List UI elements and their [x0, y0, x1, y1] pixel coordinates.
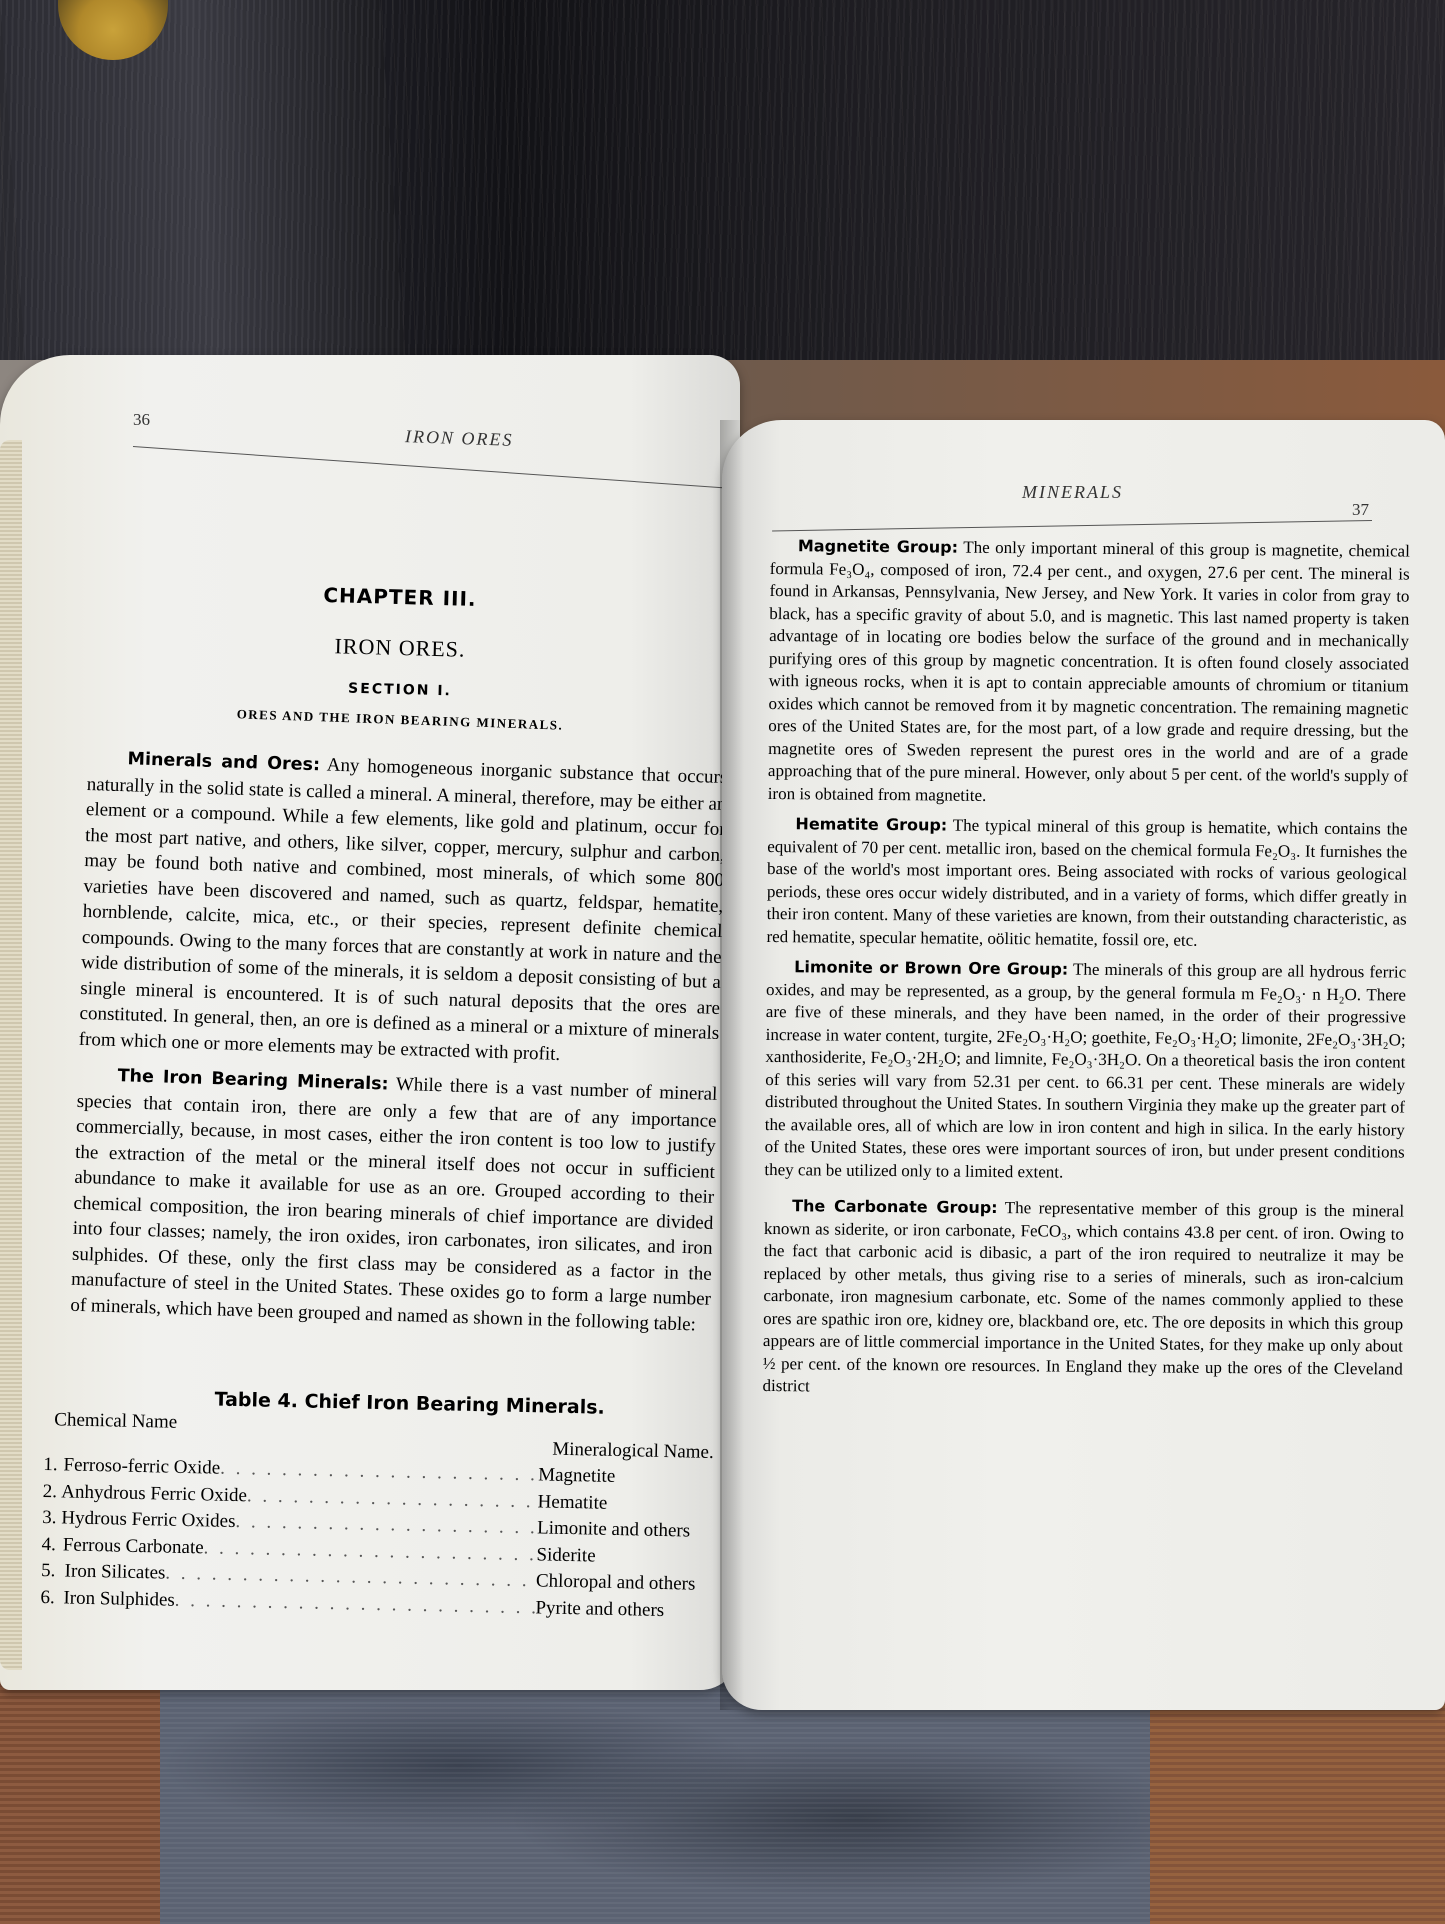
right-running-head: MINERALS — [1022, 482, 1123, 503]
chemical-name: Ferroso-ferric Oxide — [63, 1452, 220, 1482]
mineral-name: Chloropal and others — [536, 1568, 712, 1598]
table-body: 1. Ferroso-ferric Oxide . . . . . . . . … — [40, 1452, 713, 1625]
chemical-name: Ferrous Carbonate — [63, 1532, 204, 1561]
paragraph-minerals-and-ores: Minerals and Ores: Any homogeneous inorg… — [78, 745, 727, 1072]
mineral-name: Pyrite and others — [535, 1595, 711, 1625]
right-page-number: 37 — [1352, 500, 1369, 520]
chemical-name: Iron Silicates — [64, 1558, 165, 1587]
mineral-name: Magnetite — [538, 1462, 714, 1492]
chemical-name: Anhydrous Ferric Oxide — [61, 1479, 247, 1509]
paragraph-carbonate-group: The Carbonate Group: The representative … — [762, 1195, 1404, 1403]
paragraph-hematite-group: Hematite Group: The typical mineral of t… — [766, 813, 1407, 954]
row-number: 1. — [43, 1452, 64, 1479]
row-number: 5. — [41, 1558, 65, 1585]
paragraph-lead: Magnetite Group: — [798, 536, 958, 556]
page-edges — [0, 440, 22, 1670]
row-number: 4. — [41, 1531, 63, 1558]
paragraph-iron-bearing-minerals: The Iron Bearing Minerals: While there i… — [70, 1062, 718, 1338]
chemical-name: Hydrous Ferric Oxides — [61, 1505, 236, 1535]
rug-band-brown-left — [0, 1660, 165, 1924]
left-page-number: 36 — [133, 410, 150, 430]
chemical-name: Iron Sulphides — [63, 1585, 175, 1614]
mineral-name: Hematite — [537, 1489, 713, 1519]
paragraph-lead: Minerals and Ores: — [127, 749, 320, 775]
paragraph-text: The minerals of this group are all hydro… — [764, 960, 1406, 1181]
paragraph-text: Any homogeneous inorganic substance that… — [78, 754, 727, 1064]
book-gutter — [720, 420, 744, 1710]
minerals-table: Table 4. Chief Iron Bearing Minerals. Ch… — [40, 1385, 715, 1625]
paragraph-lead: Hematite Group: — [795, 814, 947, 834]
row-number: 6. — [40, 1584, 63, 1611]
paragraph-lead: The Iron Bearing Minerals: — [117, 1066, 389, 1095]
left-body: Minerals and Ores: Any homogeneous inorg… — [70, 745, 728, 1338]
mineral-name: Limonite and others — [537, 1515, 713, 1545]
left-running-head: IRON ORES — [405, 426, 514, 451]
row-number: 3. — [42, 1505, 62, 1532]
paragraph-text: The only important mineral of this group… — [768, 538, 1410, 805]
paragraph-limonite-group: Limonite or Brown Ore Group: The mineral… — [764, 956, 1406, 1187]
paragraph-text: The typical mineral of this group is hem… — [766, 816, 1407, 950]
paragraph-lead: Limonite or Brown Ore Group: — [794, 957, 1068, 978]
paragraph-text: While there is a vast number of mineral … — [70, 1074, 718, 1335]
paragraph-lead: The Carbonate Group: — [792, 1196, 998, 1217]
mineral-name: Siderite — [536, 1542, 712, 1572]
row-number: 2. — [42, 1478, 61, 1505]
right-body: Magnetite Group: The only important mine… — [762, 535, 1410, 1403]
paragraph-text: The representative member of this group … — [762, 1198, 1404, 1395]
wooden-post — [0, 0, 409, 410]
paragraph-magnetite-group: Magnetite Group: The only important mine… — [768, 535, 1410, 811]
